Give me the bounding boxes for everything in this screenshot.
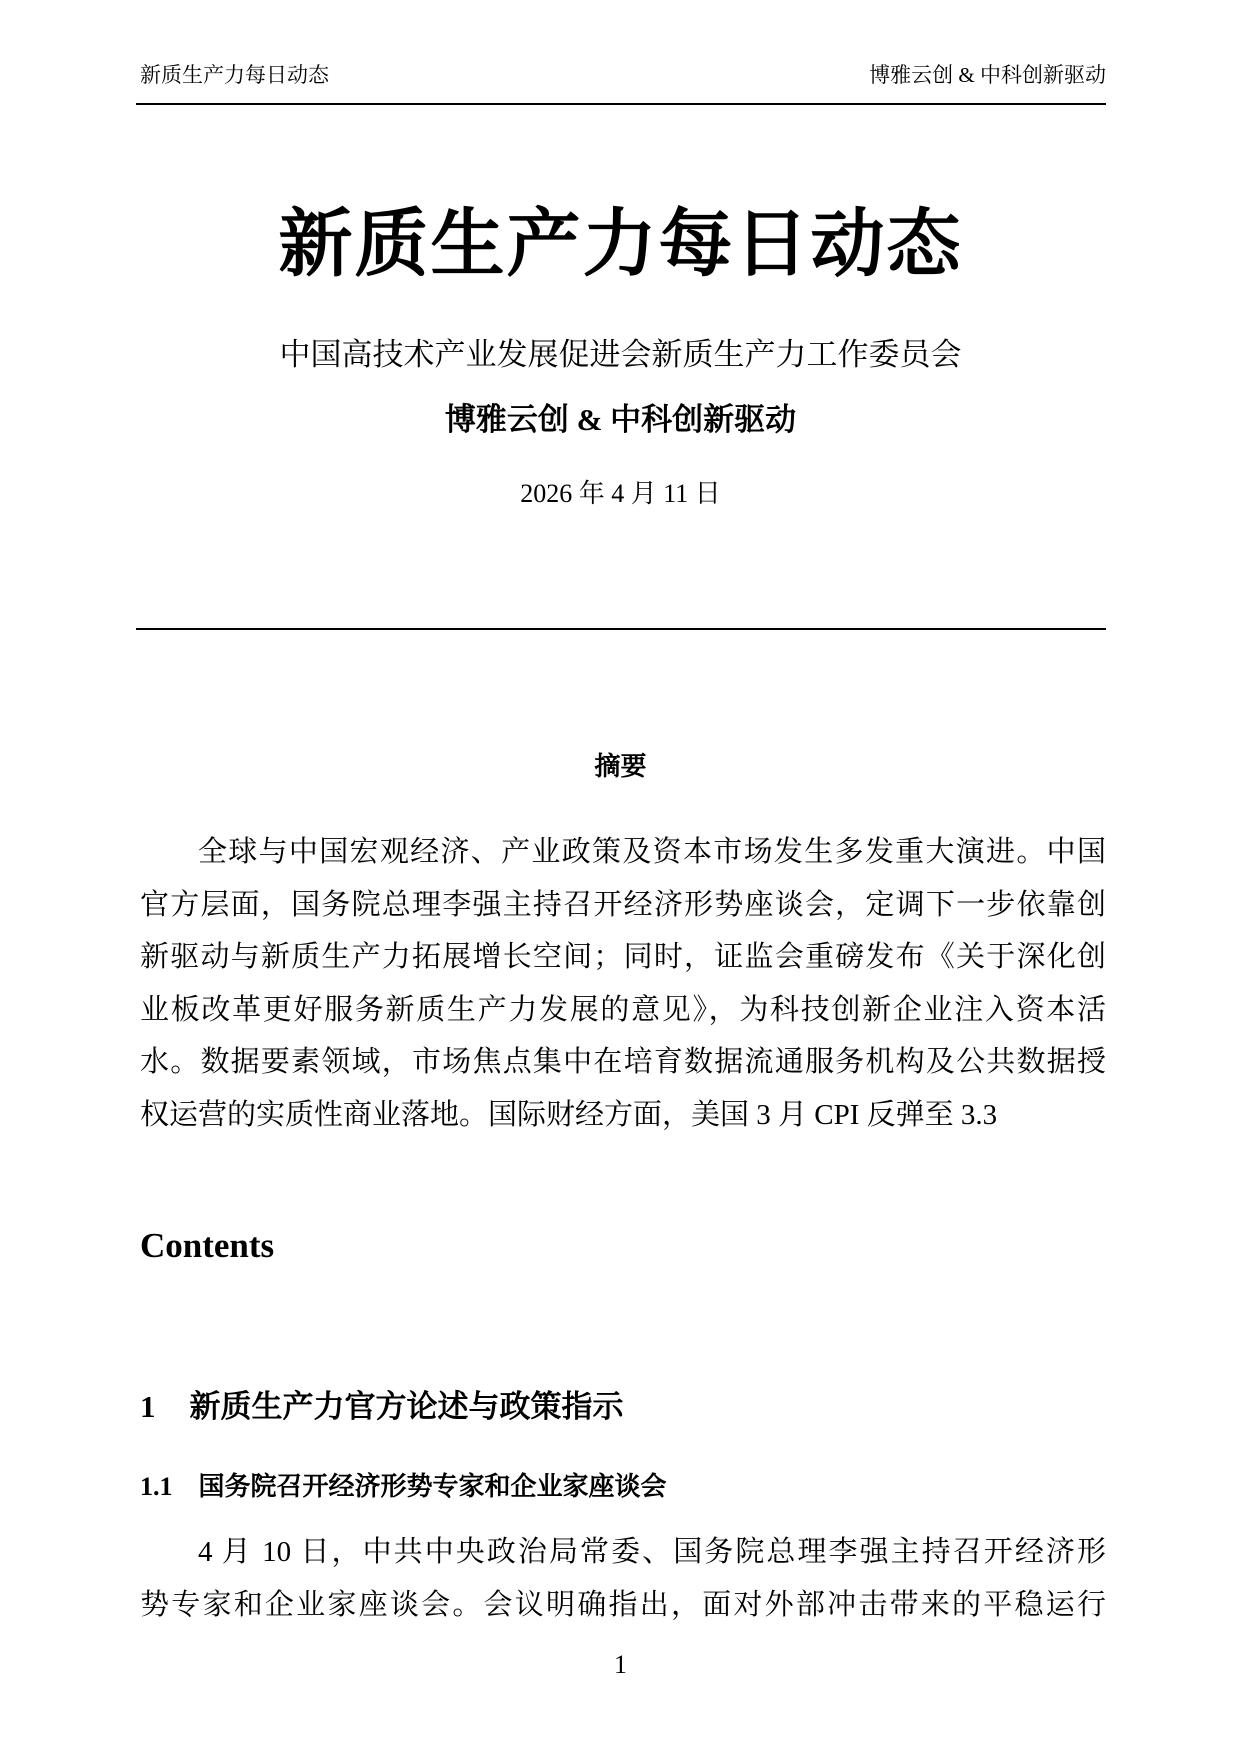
text-line: 官方层面，国务院总理李强主持召开经济形势座谈会，定调下一步依靠创 bbox=[140, 879, 1106, 932]
text-line: 水。数据要素领域，市场焦点集中在培育数据流通服务机构及公共数据授 bbox=[140, 1036, 1106, 1089]
document-authors: 博雅云创 & 中科创新驱动 bbox=[0, 401, 1241, 438]
abstract-paragraph: 全球与中国宏观经济、产业政策及资本市场发生多发重大演进。中国官方层面，国务院总理… bbox=[140, 826, 1106, 1142]
section-1-1-number: 1.1 bbox=[140, 1472, 173, 1502]
section-1-1-title: 国务院召开经济形势专家和企业家座谈会 bbox=[199, 1472, 667, 1501]
section-1-1-paragraph: 4 月 10 日，中共中央政治局常委、国务院总理李强主持召开经济形势专家和企业家… bbox=[140, 1526, 1106, 1632]
section-1-number: 1 bbox=[140, 1389, 156, 1425]
text-line: 4 月 10 日，中共中央政治局常委、国务院总理李强主持召开经济形 bbox=[140, 1526, 1106, 1579]
header-rule bbox=[136, 103, 1106, 105]
document-date: 2026 年 4 月 11 日 bbox=[0, 478, 1241, 509]
running-header: 新质生产力每日动态 博雅云创 & 中科创新驱动 bbox=[140, 60, 1106, 90]
text-line: 权运营的实质性商业落地。国际财经方面，美国 3 月 CPI 反弹至 3.3 bbox=[140, 1089, 1106, 1142]
abstract-heading: 摘要 bbox=[0, 746, 1241, 783]
section-1-title: 新质生产力官方论述与政策指示 bbox=[190, 1389, 624, 1424]
running-header-right: 博雅云创 & 中科创新驱动 bbox=[869, 60, 1106, 90]
document-title: 新质生产力每日动态 bbox=[0, 203, 1241, 288]
title-separator-rule bbox=[136, 628, 1106, 630]
text-line: 业板改革更好服务新质生产力发展的意见》，为科技创新企业注入资本活 bbox=[140, 984, 1106, 1037]
document-page: 新质生产力每日动态 博雅云创 & 中科创新驱动 新质生产力每日动态 中国高技术产… bbox=[0, 0, 1241, 1754]
section-1-1-heading: 1.1国务院召开经济形势专家和企业家座谈会 bbox=[140, 1466, 1106, 1503]
contents-heading: Contents bbox=[140, 1226, 274, 1266]
text-line: 势专家和企业家座谈会。会议明确指出，面对外部冲击带来的平稳运行 bbox=[140, 1579, 1106, 1632]
running-header-left: 新质生产力每日动态 bbox=[140, 60, 329, 90]
document-subtitle: 中国高技术产业发展促进会新质生产力工作委员会 bbox=[0, 336, 1241, 373]
section-1-heading: 1新质生产力官方论述与政策指示 bbox=[140, 1381, 1106, 1426]
page-number: 1 bbox=[0, 1650, 1241, 1680]
text-line: 全球与中国宏观经济、产业政策及资本市场发生多发重大演进。中国 bbox=[140, 826, 1106, 879]
text-line: 新驱动与新质生产力拓展增长空间；同时，证监会重磅发布《关于深化创 bbox=[140, 931, 1106, 984]
